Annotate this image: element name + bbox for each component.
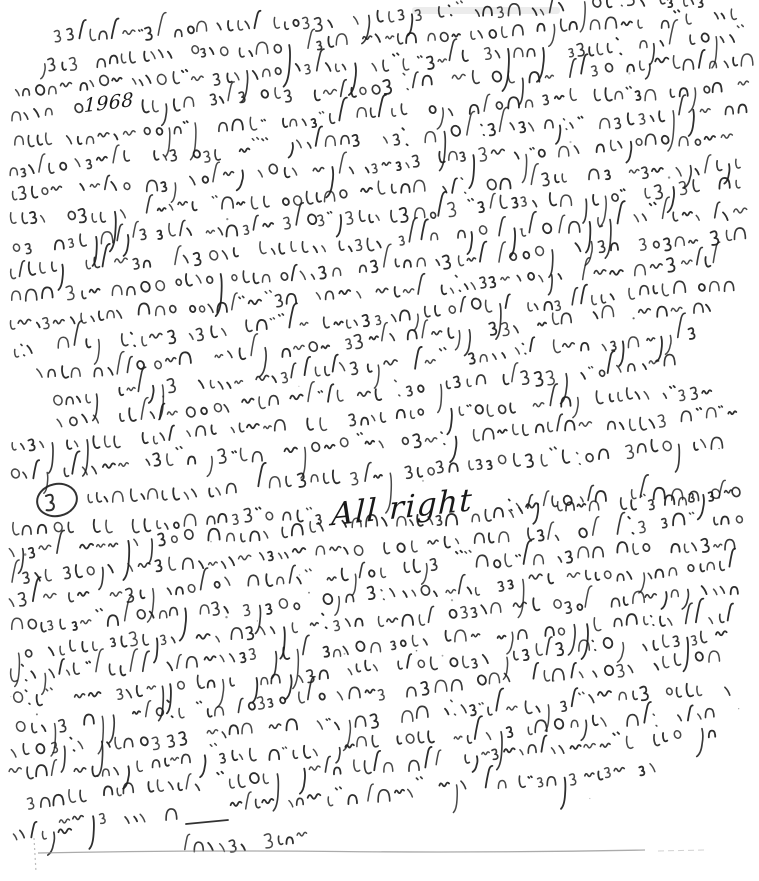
handwriting-line — [13, 621, 730, 735]
handwriting-line — [10, 668, 732, 784]
handwriting-line — [10, 396, 738, 502]
scan-rule-line-faint — [658, 850, 704, 851]
handwriting-line — [58, 751, 657, 854]
handwriting-line — [12, 166, 742, 276]
scan-smudge — [412, 7, 560, 14]
handwriting-line — [8, 695, 717, 813]
handwriting-canvas — [0, 0, 759, 881]
circled-annotation — [34, 480, 80, 520]
handwriting-line — [56, 345, 678, 452]
handwriting-line — [11, 121, 735, 225]
scan-rule-line — [38, 850, 645, 853]
scan-edge-mark — [34, 838, 36, 872]
handwriting-line — [36, 287, 712, 401]
handwriting-line — [10, 544, 740, 662]
handwritten-dash — [186, 820, 228, 824]
letter-page: All right 1968 — [0, 0, 759, 881]
handwriting-line — [54, 0, 704, 64]
handwriting-line — [9, 594, 737, 713]
handwriting-line — [12, 262, 736, 383]
handwriting-line — [13, 819, 73, 857]
